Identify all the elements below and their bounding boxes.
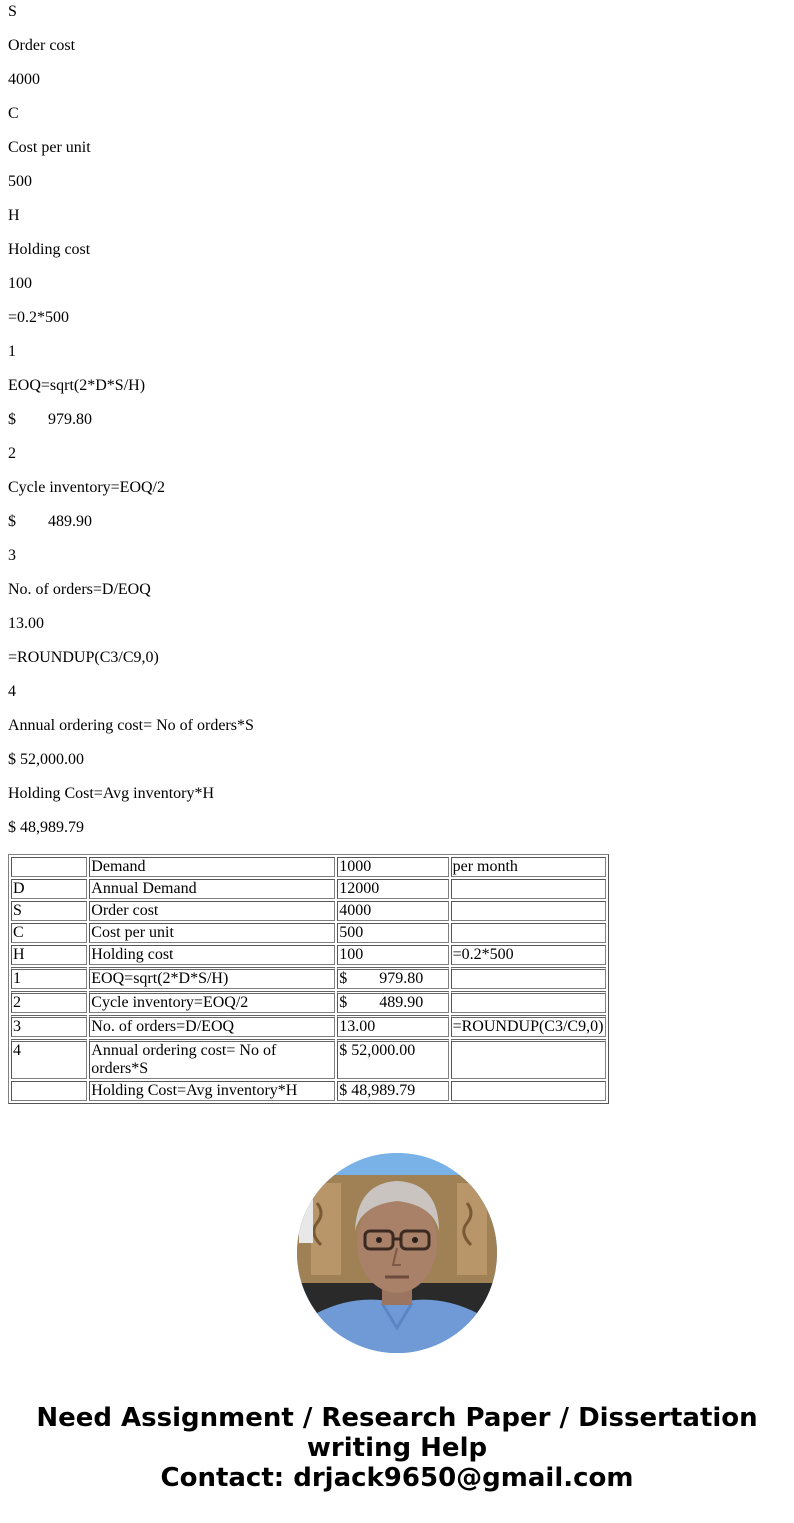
cell-note <box>451 1039 606 1079</box>
text-line: 100 <box>8 275 786 309</box>
text-line: 500 <box>8 173 786 207</box>
cell-note: =0.2*500 <box>451 945 606 965</box>
table-group: 4Annual ordering cost= No of orders*S$ 5… <box>11 1039 606 1101</box>
cell-label: Holding Cost=Avg inventory*H <box>89 1081 335 1101</box>
cell-note: =ROUNDUP(C3/C9,0) <box>451 1015 606 1037</box>
amount: 489.90 <box>379 994 423 1011</box>
text-line: Annual ordering cost= No of orders*S <box>8 717 786 751</box>
currency-symbol: $ <box>8 411 48 429</box>
text-line: Cost per unit <box>8 139 786 173</box>
cell-label: Annual ordering cost= No of orders*S <box>89 1039 335 1079</box>
cell-note <box>451 901 606 921</box>
text-line: Cycle inventory=EOQ/2 <box>8 479 786 513</box>
cell-label: Demand <box>89 857 335 877</box>
cell-value: $979.80 <box>337 967 448 989</box>
cell-symbol: 4 <box>11 1039 87 1079</box>
table-row: CCost per unit500 <box>11 923 606 943</box>
text-line: $489.90 <box>8 513 786 547</box>
cell-note <box>451 1081 606 1101</box>
cell-label: EOQ=sqrt(2*D*S/H) <box>89 967 335 989</box>
amount: 489.90 <box>48 513 92 530</box>
currency-symbol: $ <box>8 513 48 531</box>
cell-note: per month <box>451 857 606 877</box>
cell-symbol <box>11 857 87 877</box>
cell-value: 1000 <box>337 857 448 877</box>
cell-symbol <box>11 1081 87 1101</box>
table-row: DAnnual Demand12000 <box>11 879 606 899</box>
table-group: 1EOQ=sqrt(2*D*S/H)$979.80 <box>11 967 606 989</box>
text-line: $ 52,000.00 <box>8 751 786 785</box>
text-line: S <box>8 3 786 37</box>
cell-symbol: 2 <box>11 991 87 1013</box>
amount: 979.80 <box>379 970 423 987</box>
table-row: SOrder cost4000 <box>11 901 606 921</box>
cell-label: Annual Demand <box>89 879 335 899</box>
text-line: 3 <box>8 547 786 581</box>
cell-symbol: D <box>11 879 87 899</box>
portrait-image <box>297 1153 497 1353</box>
promo-contact: Contact: drjack9650@gmail.com <box>0 1463 794 1493</box>
cell-note <box>451 879 606 899</box>
cell-symbol: H <box>11 945 87 965</box>
text-line: $979.80 <box>8 411 786 445</box>
calculation-lines: SOrder cost4000CCost per unit500HHolding… <box>8 3 786 853</box>
cell-note <box>451 923 606 943</box>
cell-note <box>451 967 606 989</box>
cell-note <box>451 991 606 1013</box>
text-line: EOQ=sqrt(2*D*S/H) <box>8 377 786 411</box>
cell-value: 12000 <box>337 879 448 899</box>
cell-value: 500 <box>337 923 448 943</box>
table-row: 2Cycle inventory=EOQ/2$489.90 <box>11 991 606 1013</box>
cell-label: Order cost <box>89 901 335 921</box>
text-line: Holding cost <box>8 241 786 275</box>
promo-banner: Need Assignment / Research Paper / Disse… <box>0 1403 794 1493</box>
cell-label: Cost per unit <box>89 923 335 943</box>
text-line: Order cost <box>8 37 786 71</box>
text-line: 1 <box>8 343 786 377</box>
text-line: 4000 <box>8 71 786 105</box>
text-line: Holding Cost=Avg inventory*H <box>8 785 786 819</box>
text-line: =0.2*500 <box>8 309 786 343</box>
cell-symbol: 1 <box>11 967 87 989</box>
author-photo <box>297 1153 497 1353</box>
table-row: 4Annual ordering cost= No of orders*S$ 5… <box>11 1039 606 1079</box>
cell-value: $ 52,000.00 <box>337 1039 448 1079</box>
table-row: HHolding cost100=0.2*500 <box>11 945 606 965</box>
promo-line-1: Need Assignment / Research Paper / Disse… <box>0 1403 794 1433</box>
cell-symbol: S <box>11 901 87 921</box>
cell-value: 13.00 <box>337 1015 448 1037</box>
text-line: No. of orders=D/EOQ <box>8 581 786 615</box>
table-group: 3No. of orders=D/EOQ13.00=ROUNDUP(C3/C9,… <box>11 1015 606 1037</box>
eoq-table: Demand1000per monthDAnnual Demand12000SO… <box>8 854 609 1104</box>
table-row: 1EOQ=sqrt(2*D*S/H)$979.80 <box>11 967 606 989</box>
amount: 979.80 <box>48 411 92 428</box>
document-body: SOrder cost4000CCost per unit500HHolding… <box>0 3 794 1104</box>
cell-label: Holding cost <box>89 945 335 965</box>
table-group: 2Cycle inventory=EOQ/2$489.90 <box>11 991 606 1013</box>
text-line: $ 48,989.79 <box>8 819 786 853</box>
cell-label: No. of orders=D/EOQ <box>89 1015 335 1037</box>
text-line: 13.00 <box>8 615 786 649</box>
table-group: Demand1000per monthDAnnual Demand12000SO… <box>11 857 606 965</box>
cell-value: $489.90 <box>337 991 448 1013</box>
text-line: C <box>8 105 786 139</box>
text-line: 2 <box>8 445 786 479</box>
currency-symbol: $ <box>339 970 379 988</box>
cell-symbol: C <box>11 923 87 943</box>
table-row: Demand1000per month <box>11 857 606 877</box>
cell-value: $ 48,989.79 <box>337 1081 448 1101</box>
promo-line-2: writing Help <box>0 1433 794 1463</box>
currency-symbol: $ <box>339 994 379 1012</box>
table-row: 3No. of orders=D/EOQ13.00=ROUNDUP(C3/C9,… <box>11 1015 606 1037</box>
cell-symbol: 3 <box>11 1015 87 1037</box>
cell-value: 4000 <box>337 901 448 921</box>
text-line: H <box>8 207 786 241</box>
text-line: =ROUNDUP(C3/C9,0) <box>8 649 786 683</box>
text-line: 4 <box>8 683 786 717</box>
table-row: Holding Cost=Avg inventory*H$ 48,989.79 <box>11 1081 606 1101</box>
cell-label: Cycle inventory=EOQ/2 <box>89 991 335 1013</box>
cell-value: 100 <box>337 945 448 965</box>
